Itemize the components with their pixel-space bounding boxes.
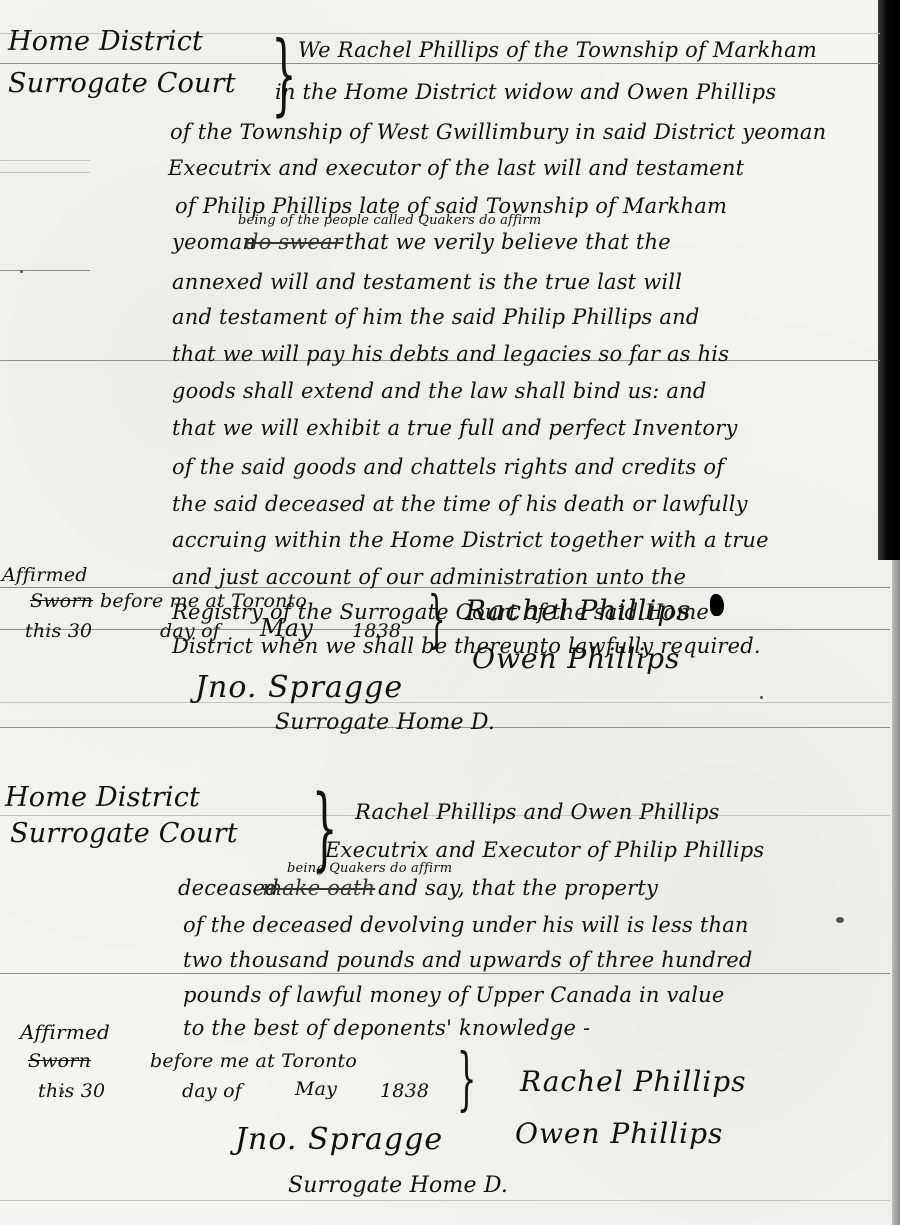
ruled-line	[0, 702, 890, 703]
body-line: the said deceased at the time of his dea…	[172, 494, 748, 515]
heading-surrogate-court: Surrogate Court	[10, 820, 238, 847]
jurat-affirmed: Affirmed	[2, 566, 88, 585]
jurat-day-of: day of	[160, 622, 220, 641]
jurat-this: this 30	[25, 622, 92, 641]
official-title: Surrogate Home D.	[288, 1175, 508, 1197]
signature-owen-phillips: Owen Phillips	[515, 1120, 723, 1148]
brace: }	[457, 1040, 476, 1119]
jurat-year: 1838	[380, 1082, 429, 1101]
jurat-struck-sworn: Sworn	[30, 592, 93, 611]
body-line: two thousand pounds and upwards of three…	[183, 950, 753, 971]
scan-edge-shadow	[878, 0, 900, 560]
signature-rachel-phillips: Rachel Phillips	[465, 597, 692, 625]
brace: }	[428, 582, 446, 655]
body-line: and say, that the property	[378, 878, 658, 899]
jurat-day-of: day of	[182, 1082, 242, 1101]
scan-speck	[60, 1090, 64, 1094]
body-line: that we verily believe that the	[345, 232, 671, 253]
jurat-affirmed: Affirmed	[20, 1022, 110, 1042]
signature-official: Jno. Spragge	[195, 673, 403, 703]
body-line: in the Home District widow and Owen Phil…	[275, 82, 776, 103]
ruled-line	[0, 172, 90, 173]
body-line: to the best of deponents' knowledge -	[183, 1018, 590, 1039]
body-line: and testament of him the said Philip Phi…	[172, 307, 700, 328]
body-line: accruing within the Home District togeth…	[172, 530, 769, 551]
body-line: of the deceased devolving under his will…	[183, 915, 749, 936]
body-line: Executrix and executor of the last will …	[168, 158, 744, 179]
body-line: of the said goods and chattels rights an…	[172, 457, 724, 478]
scanned-document-page: Home District Surrogate Court } We Rache…	[0, 0, 900, 1225]
body-line: pounds of lawful money of Upper Canada i…	[183, 985, 725, 1006]
jurat-month: May	[295, 1080, 337, 1099]
interlineation: being Quakers do affirm	[287, 862, 452, 875]
scan-edge-shadow-lower	[892, 560, 900, 1225]
body-line: yeoman	[172, 232, 256, 253]
body-line: We Rachel Phillips of the Township of Ma…	[298, 40, 817, 61]
scan-speck	[836, 917, 844, 923]
jurat-struck-sworn: Sworn	[28, 1052, 91, 1071]
struck-text: do swear	[245, 232, 343, 253]
heading-home-district: Home District	[8, 28, 203, 55]
body-line: of the Township of West Gwillimbury in s…	[170, 122, 826, 143]
body-line: that we will pay his debts and legacies …	[172, 344, 729, 365]
ruled-line	[0, 63, 880, 64]
signature-owen-phillips: Owen Phillips	[472, 645, 680, 673]
brace: }	[271, 22, 296, 125]
body-line: Executrix and Executor of Philip Phillip…	[325, 840, 764, 861]
ink-blot	[710, 594, 724, 616]
scan-speck	[760, 696, 763, 699]
jurat-line1: before me at Toronto	[100, 592, 307, 611]
body-line: goods shall extend and the law shall bin…	[172, 381, 707, 402]
ruled-line	[0, 160, 90, 161]
ruled-line	[0, 973, 890, 974]
ruled-line	[0, 1200, 890, 1201]
jurat-year: 1838	[352, 622, 401, 641]
struck-text: make oath	[262, 878, 375, 899]
body-line: Rachel Phillips and Owen Phillips	[355, 802, 720, 823]
signature-rachel-phillips: Rachel Phillips	[520, 1068, 747, 1096]
scan-speck	[20, 270, 23, 273]
body-line: that we will exhibit a true full and per…	[172, 418, 738, 439]
jurat-month: May	[260, 616, 313, 640]
official-title: Surrogate Home D.	[275, 712, 495, 734]
signature-official: Jno. Spragge	[235, 1125, 443, 1155]
jurat-line1: before me at Toronto	[150, 1052, 357, 1071]
heading-home-district: Home District	[5, 784, 200, 811]
ruled-line	[0, 270, 90, 271]
body-line: annexed will and testament is the true l…	[172, 272, 682, 293]
interlineation: being of the people called Quakers do af…	[238, 214, 541, 227]
jurat-this: this 30	[38, 1082, 105, 1101]
heading-surrogate-court: Surrogate Court	[8, 70, 236, 97]
